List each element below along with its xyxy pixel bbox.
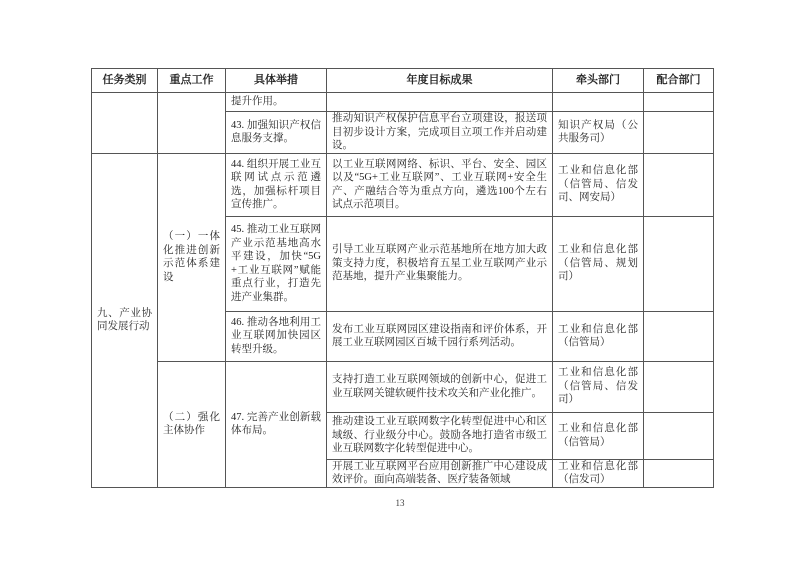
cell-category-section9: 九、产业协同发展行动	[92, 153, 158, 487]
cell-support-carryover	[644, 93, 714, 112]
cell-result-44: 以工业互联网网络、标识、平台、安全、园区以及“5G+工业互联网”、工业互联网+安…	[327, 153, 553, 216]
cell-measure-carryover: 提升作用。	[226, 93, 327, 112]
cell-measure-47: 47. 完善产业创新载体布局。	[226, 361, 327, 487]
cell-lead-45: 工业和信息化部（信管局、规划司）	[553, 216, 644, 311]
cell-keywork-group2: （二）强化主体协作	[158, 361, 226, 487]
cell-measure-46: 46. 推动各地利用工业互联网加快园区转型升级。	[226, 311, 327, 361]
col-header-key-work: 重点工作	[158, 69, 226, 93]
col-header-lead-department: 牵头部门	[553, 69, 644, 93]
cell-lead-carryover	[553, 93, 644, 112]
cell-category-prev-empty	[92, 93, 158, 154]
cell-result-47b: 推动建设工业互联网数字化转型促进中心和区域级、行业级分中心。鼓励各地打造省市级工…	[327, 412, 553, 459]
cell-result-47c: 开展工业互联网平台应用创新推广中心建设成效评价。面向高端装备、医疗装备领域	[327, 459, 553, 487]
table-header-row: 任务类别 重点工作 具体举措 年度目标成果 牵头部门 配合部门	[92, 69, 714, 93]
col-header-specific-measures: 具体举措	[226, 69, 327, 93]
document-page: 任务类别 重点工作 具体举措 年度目标成果 牵头部门 配合部门 提升作用。 43…	[0, 0, 800, 565]
cell-measure-45: 45. 推动工业互联网产业示范基地高水平建设，加快“5G+工业互联网”赋能重点行…	[226, 216, 327, 311]
col-header-task-category: 任务类别	[92, 69, 158, 93]
cell-lead-47a: 工业和信息化部（信管局、信发司）	[553, 361, 644, 412]
cell-lead-47b: 工业和信息化部（信管局）	[553, 412, 644, 459]
cell-support-43	[644, 112, 714, 154]
cell-keywork-group1: （一）一体化推进创新示范体系建设	[158, 153, 226, 361]
col-header-support-department: 配合部门	[644, 69, 714, 93]
cell-result-47a: 支持打造工业互联网领域的创新中心，促进工业互联网关键软硬件技术攻关和产业化推广。	[327, 361, 553, 412]
page-number: 13	[0, 498, 800, 508]
cell-lead-43: 知识产权局（公共服务司）	[553, 112, 644, 154]
cell-support-46	[644, 311, 714, 361]
cell-result-carryover	[327, 93, 553, 112]
cell-keywork-prev-empty	[158, 93, 226, 154]
cell-lead-44: 工业和信息化部（信管局、信发司、网安局）	[553, 153, 644, 216]
cell-lead-47c: 工业和信息化部（信发司）	[553, 459, 644, 487]
cell-measure-44: 44. 组织开展工业互联网试点示范遴选，加强标杆项目宣传推广。	[226, 153, 327, 216]
cell-result-43: 推动知识产权保护信息平台立项建设，报送项目初步设计方案，完成项目立项工作并启动建…	[327, 112, 553, 154]
cell-support-47a	[644, 361, 714, 412]
cell-support-47b	[644, 412, 714, 459]
table-row: （二）强化主体协作 47. 完善产业创新载体布局。 支持打造工业互联网领域的创新…	[92, 361, 714, 412]
cell-lead-46: 工业和信息化部（信管局）	[553, 311, 644, 361]
table-row: 九、产业协同发展行动 （一）一体化推进创新示范体系建设 44. 组织开展工业互联…	[92, 153, 714, 216]
cell-result-45: 引导工业互联网产业示范基地所在地方加大政策支持力度，积极培育五星工业互联网产业示…	[327, 216, 553, 311]
cell-support-47c	[644, 459, 714, 487]
work-plan-table: 任务类别 重点工作 具体举措 年度目标成果 牵头部门 配合部门 提升作用。 43…	[91, 68, 714, 488]
cell-measure-43: 43. 加强知识产权信息服务支撑。	[226, 112, 327, 154]
cell-support-45	[644, 216, 714, 311]
col-header-annual-target: 年度目标成果	[327, 69, 553, 93]
cell-result-46: 发布工业互联网园区建设指南和评价体系，开展工业互联网园区百城千园行系列活动。	[327, 311, 553, 361]
cell-support-44	[644, 153, 714, 216]
table-row: 提升作用。	[92, 93, 714, 112]
